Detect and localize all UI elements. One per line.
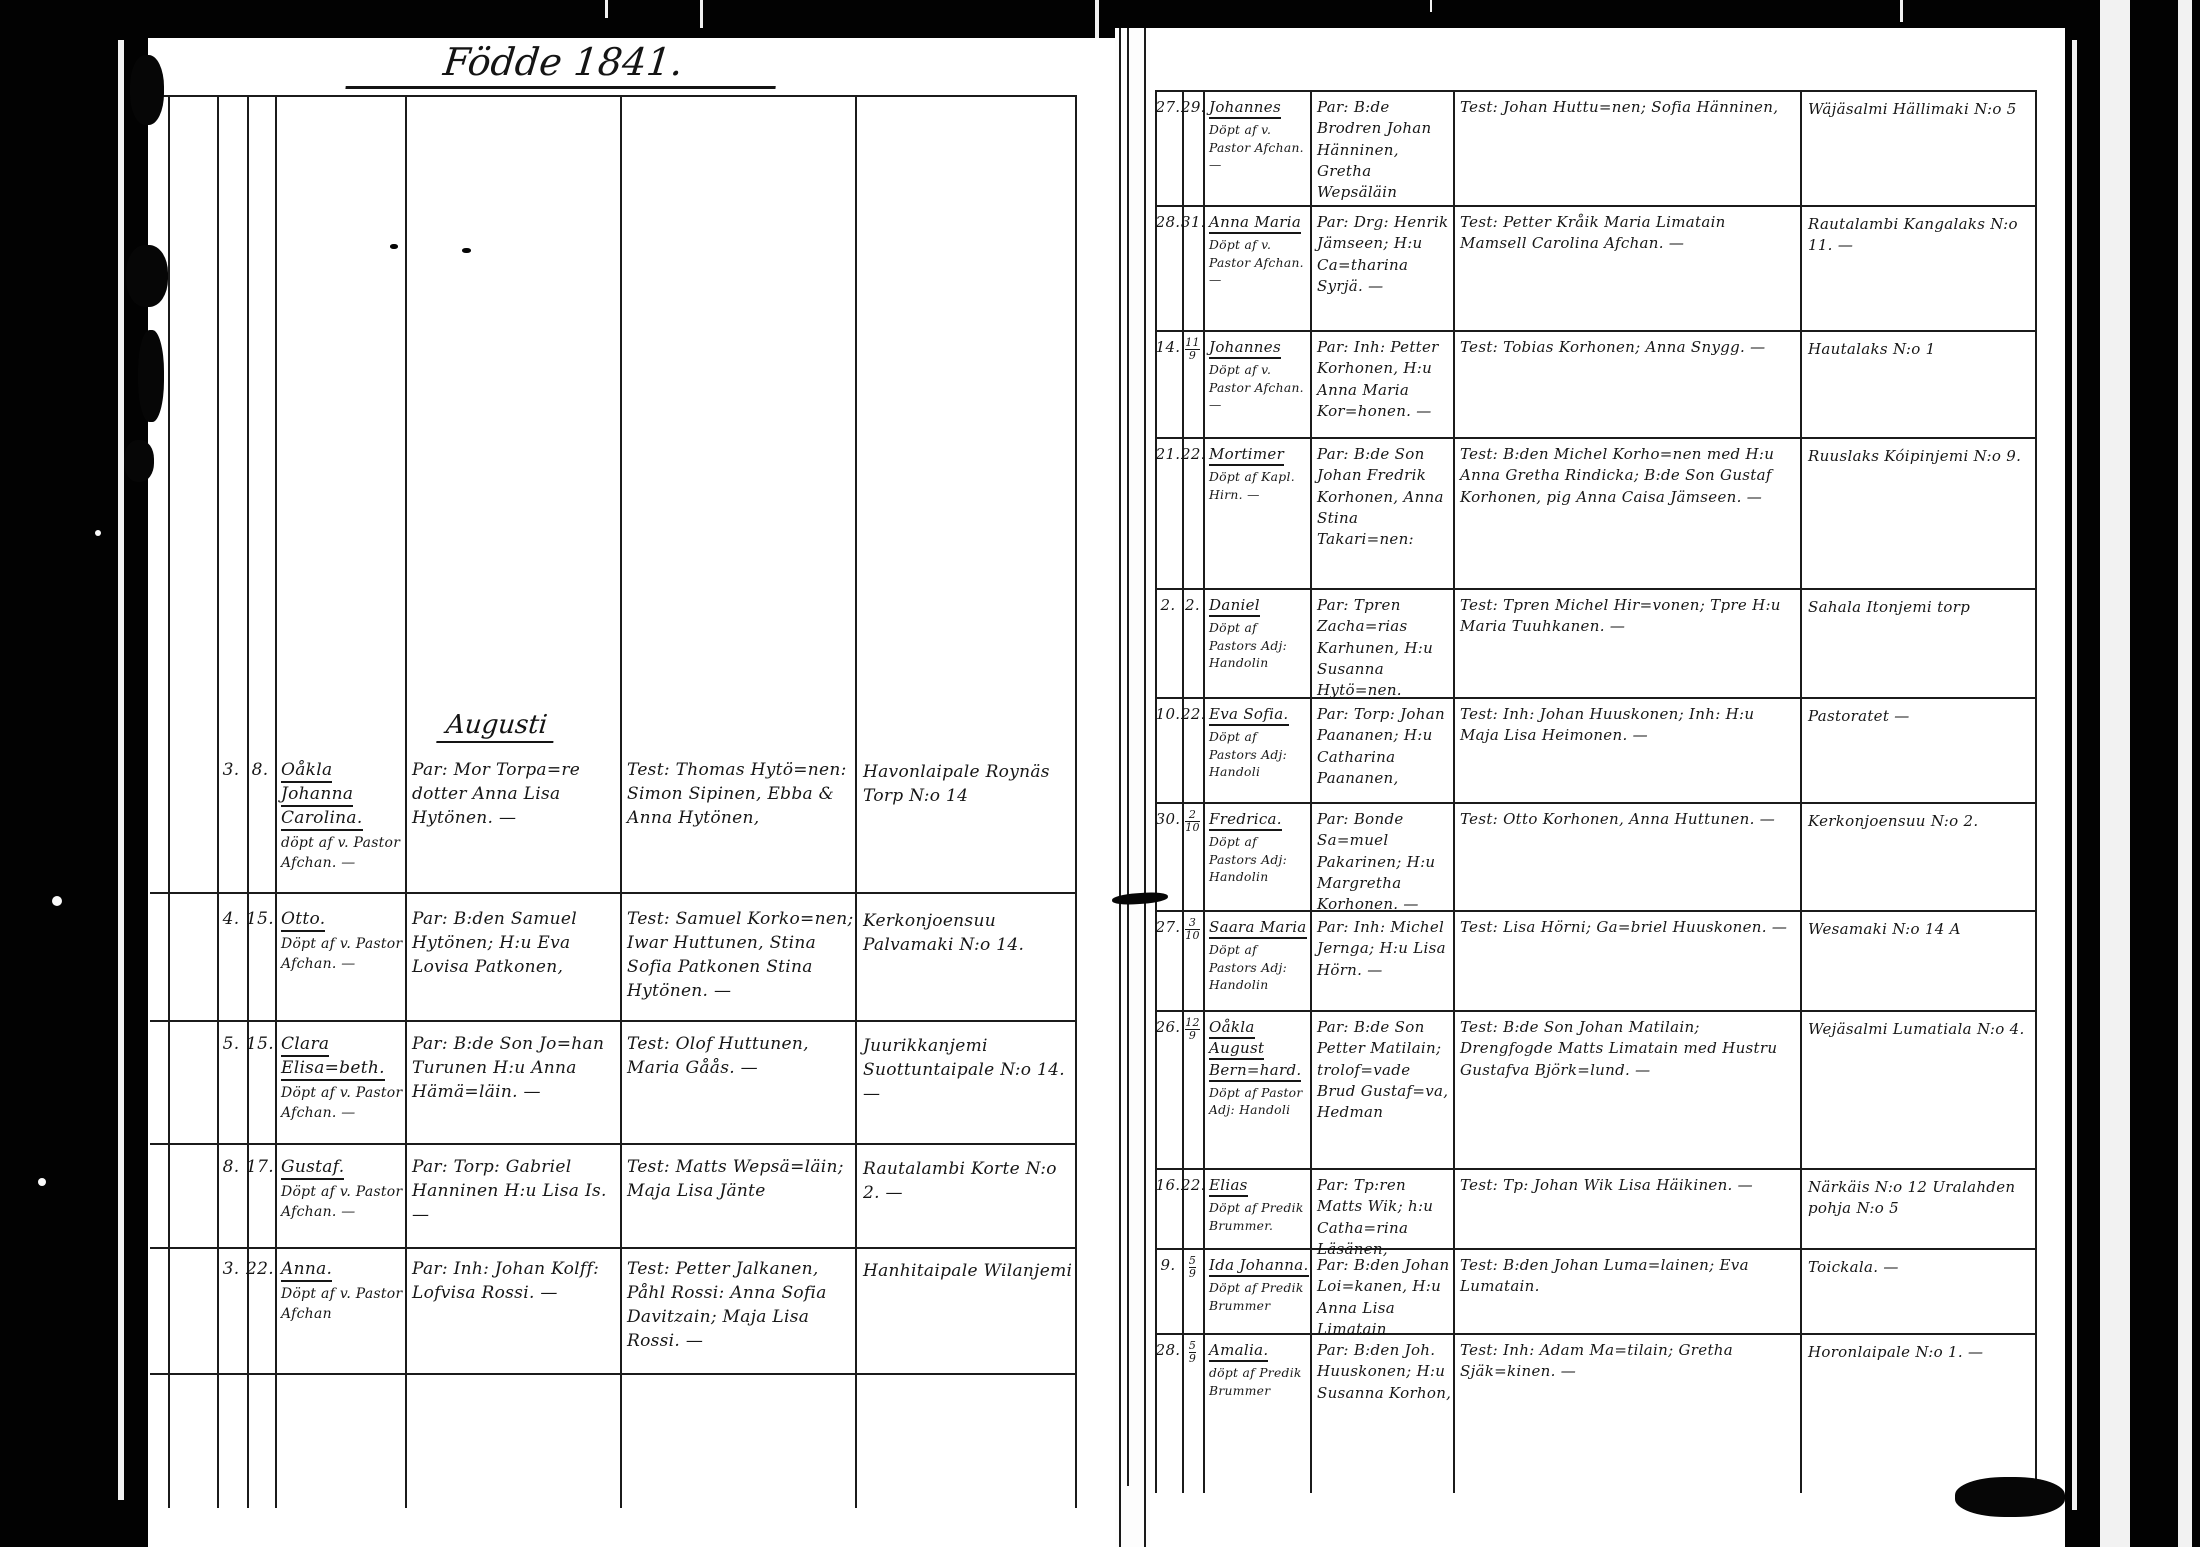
baptism-day: 15.: [245, 1032, 275, 1056]
baptism-day: 22.: [1181, 1175, 1204, 1196]
day-fraction: 310: [1185, 917, 1200, 941]
place-cell: Närkäis N:o 12 Uralahden pohja N:o 5: [1802, 1173, 2040, 1224]
witnesses-cell: Test: B:den Johan Luma=lainen; Eva Lumat…: [1455, 1253, 1801, 1300]
ink-smudge: [130, 55, 164, 125]
baptism-note: Döpt af Pastors Adj: Handoli: [1209, 729, 1309, 781]
table-grid-line: [247, 95, 249, 1508]
ink-dot: [390, 244, 398, 249]
child-name-cell: Eva Sofia.Döpt af Pastors Adj: Handoli: [1205, 702, 1313, 784]
place-cell: Hanhitaipale Wilanjemi: [857, 1255, 1083, 1287]
child-name-cell: Otto.Döpt af v. Pastor Afchan. —: [277, 905, 409, 977]
birth-day: 9.: [1154, 1255, 1182, 1276]
baptism-note: Döpt af Kapl. Hirn. —: [1209, 469, 1309, 504]
baptism-note: Döpt af v. Pastor Afchan. —: [281, 935, 405, 975]
table-grid-line: [1155, 588, 2035, 590]
place-cell: Kerkonjoensuu N:o 2.: [1802, 807, 2040, 836]
baptism-day: 129: [1181, 1017, 1204, 1041]
child-name: Oåkla August Bern=hard.: [1209, 1018, 1301, 1082]
page-gutter: [1115, 28, 1150, 1547]
baptism-note: Döpt af v. Pastor Afchan. —: [1209, 237, 1309, 289]
baptism-note: Döpt af Pastor Adj: Handoli: [1209, 1085, 1309, 1120]
child-name-cell: Fredrica.Döpt af Pastors Adj: Handolin: [1205, 807, 1313, 889]
child-name: Elias: [1209, 1176, 1248, 1197]
baptism-day: 29.: [1181, 97, 1204, 118]
parents-cell: Par: Inh: Michel Jernga; H:u Lisa Hörn. …: [1312, 915, 1458, 983]
baptism-day: 22.: [1181, 704, 1204, 725]
table-grid-line: [150, 1373, 1075, 1375]
parents-cell: Par: Drg: Henrik Jämseen; H:u Ca=tharina…: [1312, 210, 1458, 299]
scratch-line: [1430, 0, 1432, 12]
parents-cell: Par: Torp: Gabriel Hanninen H:u Lisa Is.…: [407, 1153, 625, 1229]
baptism-day: 310: [1181, 917, 1204, 941]
table-grid-line: [150, 1247, 1075, 1249]
child-name: Clara Elisa=beth.: [281, 1034, 385, 1081]
table-grid-line: [1155, 437, 2035, 439]
baptism-note: döpt af v. Pastor Afchan. —: [281, 834, 405, 874]
place-cell: Ruuslaks Kóipinjemi N:o 9.: [1802, 442, 2040, 471]
scratch-line: [1900, 0, 1903, 22]
parents-cell: Par: Tp:ren Matts Wik; h:u Catha=rina Lä…: [1312, 1173, 1458, 1262]
child-name: Oåkla Johanna Carolina.: [281, 760, 363, 831]
scratch-line: [1095, 0, 1099, 38]
baptism-day: 2.: [1181, 595, 1204, 616]
baptism-day: 17.: [245, 1155, 275, 1179]
parents-cell: Par: Torp: Johan Paananen; H:u Catharina…: [1312, 702, 1458, 791]
parents-cell: Par: B:de Son Johan Fredrik Korhonen, An…: [1312, 442, 1458, 552]
day-fraction: 129: [1185, 1017, 1200, 1041]
day-fraction: 210: [1185, 809, 1200, 833]
baptism-day: 119: [1181, 337, 1204, 361]
birth-day: 10.: [1154, 704, 1182, 725]
parents-cell: Par: Inh: Petter Korhonen, H:u Anna Mari…: [1312, 335, 1458, 424]
witnesses-cell: Test: B:den Michel Korho=nen med H:u Ann…: [1455, 442, 1801, 510]
day-fraction: 59: [1189, 1255, 1196, 1279]
table-grid-line: [1155, 330, 2035, 332]
fold-line: [1119, 28, 1121, 1547]
witnesses-cell: Test: Petter Kråik Maria Limatain Mamsel…: [1455, 210, 1801, 257]
table-grid-line: [150, 892, 1075, 894]
birth-day: 3.: [215, 1257, 247, 1281]
baptism-note: Döpt af Predik Brummer: [1209, 1280, 1309, 1315]
witnesses-cell: Test: Petter Jalkanen, Påhl Rossi: Anna …: [622, 1255, 860, 1356]
baptism-note: döpt af Predik Brummer: [1209, 1365, 1309, 1400]
table-grid-line: [2035, 90, 2037, 1493]
ink-smudge: [124, 440, 154, 482]
baptism-day: 210: [1181, 809, 1204, 833]
witnesses-cell: Test: Samuel Korko=nen; Iwar Huttunen, S…: [622, 905, 860, 1006]
fold-line: [1144, 28, 1146, 1547]
witnesses-cell: Test: Lisa Hörni; Ga=briel Huuskonen. —: [1455, 915, 1801, 940]
place-cell: Hautalaks N:o 1: [1802, 335, 2040, 364]
baptism-day: 15.: [245, 907, 275, 931]
baptism-day: 31.: [1181, 212, 1204, 233]
ink-smudge: [126, 245, 168, 307]
baptism-day: 22.: [245, 1257, 275, 1281]
table-grid-line: [1155, 697, 2035, 699]
child-name-cell: Saara MariaDöpt af Pastors Adj: Handolin: [1205, 915, 1313, 997]
witnesses-cell: Test: Inh: Johan Huuskonen; Inh: H:u Maj…: [1455, 702, 1801, 749]
parents-cell: Par: Bonde Sa=muel Pakarinen; H:u Margre…: [1312, 807, 1458, 917]
child-name: Anna.: [281, 1259, 332, 1282]
child-name-cell: EliasDöpt af Predik Brummer.: [1205, 1173, 1313, 1237]
child-name: Ida Johanna.: [1209, 1256, 1309, 1277]
birth-day: 27.: [1154, 917, 1182, 938]
child-name: Mortimer: [1209, 445, 1284, 466]
baptism-note: Döpt af Pastors Adj: Handolin: [1209, 942, 1309, 994]
place-cell: Rautalambi Kangalaks N:o 11. —: [1802, 210, 2040, 261]
child-name-cell: Oåkla Johanna Carolina.döpt af v. Pastor…: [277, 756, 409, 876]
witnesses-cell: Test: Tpren Michel Hir=vonen; Tpre H:u M…: [1455, 593, 1801, 640]
place-cell: Havonlaipale Roynäs Torp N:o 14: [857, 756, 1083, 812]
witnesses-cell: Test: Thomas Hytö=nen: Simon Sipinen, Eb…: [622, 756, 860, 832]
baptism-day: 8.: [245, 758, 275, 782]
page-edge-light: [118, 40, 124, 1500]
child-name: Daniel: [1209, 596, 1260, 617]
place-cell: Pastoratet —: [1802, 702, 2040, 731]
table-grid-line: [1155, 1248, 2035, 1250]
child-name: Otto.: [281, 909, 325, 932]
parents-cell: Par: B:den Samuel Hytönen; H:u Eva Lovis…: [407, 905, 625, 981]
table-grid-line: [150, 1020, 1075, 1022]
film-gap-light: [2100, 0, 2130, 1547]
child-name-cell: JohannesDöpt af v. Pastor Afchan. —: [1205, 335, 1313, 417]
witnesses-cell: Test: Tp: Johan Wik Lisa Häikinen. —: [1455, 1173, 1801, 1198]
right-page: 27.29.JohannesDöpt af v. Pastor Afchan. …: [1150, 28, 2065, 1547]
child-name-cell: JohannesDöpt af v. Pastor Afchan. —: [1205, 95, 1313, 177]
child-name: Johannes: [1209, 338, 1281, 359]
place-cell: Juurikkanjemi Suottuntaipale N:o 14. —: [857, 1030, 1083, 1110]
ink-smudge: [138, 330, 164, 422]
place-cell: Rautalambi Korte N:o 2. —: [857, 1153, 1083, 1209]
table-grid-line: [150, 1143, 1075, 1145]
table-grid-line: [1155, 90, 2035, 92]
birth-day: 14.: [1154, 337, 1182, 358]
child-name-cell: MortimerDöpt af Kapl. Hirn. —: [1205, 442, 1313, 506]
witnesses-cell: Test: Olof Huttunen, Maria Gåås. —: [622, 1030, 860, 1082]
table-grid-line: [1155, 1010, 2035, 1012]
place-cell: Wäjäsalmi Hällimaki N:o 5: [1802, 95, 2040, 124]
place-cell: Wejäsalmi Lumatiala N:o 4.: [1802, 1015, 2040, 1044]
baptism-note: Döpt af v. Pastor Afchan. —: [281, 1183, 405, 1223]
baptism-note: Döpt af Pastors Adj: Handolin: [1209, 834, 1309, 886]
child-name-cell: Ida Johanna.Döpt af Predik Brummer: [1205, 1253, 1313, 1317]
child-name-cell: Anna.Döpt af v. Pastor Afchan: [277, 1255, 409, 1327]
birth-day: 28.: [1154, 1340, 1182, 1361]
day-fraction: 59: [1189, 1340, 1196, 1364]
table-grid-line: [1182, 90, 1184, 1493]
table-grid-line: [1155, 910, 2035, 912]
dust-speck: [95, 530, 101, 536]
table-grid-line: [1155, 205, 2035, 207]
parents-cell: Par: B:den Joh. Huuskonen; H:u Susanna K…: [1312, 1338, 1458, 1406]
child-name: Johannes: [1209, 98, 1281, 119]
birth-day: 4.: [215, 907, 247, 931]
table-grid-line: [1155, 802, 2035, 804]
table-grid-line: [168, 95, 170, 1508]
child-name-cell: Anna MariaDöpt af v. Pastor Afchan. —: [1205, 210, 1313, 292]
birth-day: 8.: [215, 1155, 247, 1179]
baptism-note: Döpt af v. Pastor Afchan. —: [1209, 362, 1309, 414]
child-name-cell: DanielDöpt af Pastors Adj: Handolin: [1205, 593, 1313, 675]
left-page: Födde 1841. Augusti 3.8.Oåkla Johanna Ca…: [148, 38, 1115, 1547]
parents-cell: Par: Mor Torpa=re dotter Anna Lisa Hytön…: [407, 756, 625, 832]
parents-cell: Par: B:de Brodren Johan Hänninen, Gretha…: [1312, 95, 1458, 205]
child-name-cell: Oåkla August Bern=hard.Döpt af Pastor Ad…: [1205, 1015, 1313, 1122]
film-border-left: [0, 0, 148, 1547]
child-name: Fredrica.: [1209, 810, 1282, 831]
dust-speck: [52, 896, 62, 906]
witnesses-cell: Test: Tobias Korhonen; Anna Snygg. —: [1455, 335, 1801, 360]
scratch-line: [700, 0, 703, 28]
child-name: Eva Sofia.: [1209, 705, 1289, 726]
scratch-line: [605, 0, 608, 18]
parents-cell: Par: B:de Son Jo=han Turunen H:u Anna Hä…: [407, 1030, 625, 1106]
place-cell: Horonlaipale N:o 1. —: [1802, 1338, 2040, 1367]
baptism-day: 59: [1181, 1255, 1204, 1279]
birth-day: 3.: [215, 758, 247, 782]
place-cell: Wesamaki N:o 14 A: [1802, 915, 2040, 944]
witnesses-cell: Test: B:de Son Johan Matilain; Drengfogd…: [1455, 1015, 1801, 1083]
church-book-scan: Födde 1841. Augusti 3.8.Oåkla Johanna Ca…: [0, 0, 2200, 1547]
page-title: Födde 1841.: [345, 40, 780, 89]
birth-day: 30.: [1154, 809, 1182, 830]
witnesses-cell: Test: Inh: Adam Ma=tilain; Gretha Sjäk=k…: [1455, 1338, 1801, 1385]
witnesses-cell: Test: Johan Huttu=nen; Sofia Hänninen,: [1455, 95, 1801, 120]
baptism-note: Döpt af v. Pastor Afchan. —: [1209, 122, 1309, 174]
table-grid-line: [1155, 1168, 2035, 1170]
birth-day: 27.: [1154, 97, 1182, 118]
table-grid-line: [150, 95, 1075, 97]
birth-day: 2.: [1154, 595, 1182, 616]
film-gap-light: [2178, 0, 2192, 1547]
birth-day: 16.: [1154, 1175, 1182, 1196]
page-edge-light: [2072, 40, 2077, 1510]
day-fraction: 119: [1185, 337, 1200, 361]
child-name: Amalia.: [1209, 1341, 1268, 1362]
baptism-day: 59: [1181, 1340, 1204, 1364]
birth-day: 21.: [1154, 444, 1182, 465]
table-grid-line: [217, 95, 219, 1508]
month-header: Augusti: [436, 710, 556, 743]
baptism-day: 22.: [1181, 444, 1204, 465]
birth-day: 5.: [215, 1032, 247, 1056]
witnesses-cell: Test: Matts Wepsä=läin; Maja Lisa Jänte: [622, 1153, 860, 1205]
place-cell: Kerkonjoensuu Palvamaki N:o 14.: [857, 905, 1083, 961]
child-name-cell: Amalia.döpt af Predik Brummer: [1205, 1338, 1313, 1402]
table-grid-line: [1155, 1333, 2035, 1335]
child-name: Gustaf.: [281, 1157, 344, 1180]
page-corner-shadow: [1955, 1477, 2065, 1517]
place-cell: Sahala Itonjemi torp: [1802, 593, 2040, 622]
witnesses-cell: Test: Otto Korhonen, Anna Huttunen. —: [1455, 807, 1801, 832]
birth-day: 26.: [1154, 1017, 1182, 1038]
ink-dot: [462, 248, 471, 253]
child-name-cell: Clara Elisa=beth.Döpt af v. Pastor Afcha…: [277, 1030, 409, 1126]
baptism-note: Döpt af v. Pastor Afchan: [281, 1285, 405, 1325]
birth-day: 28.: [1154, 212, 1182, 233]
child-name-cell: Gustaf.Döpt af v. Pastor Afchan. —: [277, 1153, 409, 1225]
child-name: Anna Maria: [1209, 213, 1301, 234]
parents-cell: Par: Tpren Zacha=rias Karhunen, H:u Susa…: [1312, 593, 1458, 703]
table-grid-line: [1155, 90, 1157, 1493]
parents-cell: Par: Inh: Johan Kolff: Lofvisa Rossi. —: [407, 1255, 625, 1307]
fold-line: [1127, 28, 1129, 1486]
parents-cell: Par: B:de Son Petter Matilain; trolof=va…: [1312, 1015, 1458, 1125]
baptism-note: Döpt af v. Pastor Afchan. —: [281, 1084, 405, 1124]
place-cell: Toickala. —: [1802, 1253, 2040, 1282]
child-name: Saara Maria: [1209, 918, 1307, 939]
baptism-note: Döpt af Predik Brummer.: [1209, 1200, 1309, 1235]
dust-speck: [38, 1178, 46, 1186]
parents-cell: Par: B:den Johan Loi=kanen, H:u Anna Lis…: [1312, 1253, 1458, 1342]
baptism-note: Döpt af Pastors Adj: Handolin: [1209, 620, 1309, 672]
